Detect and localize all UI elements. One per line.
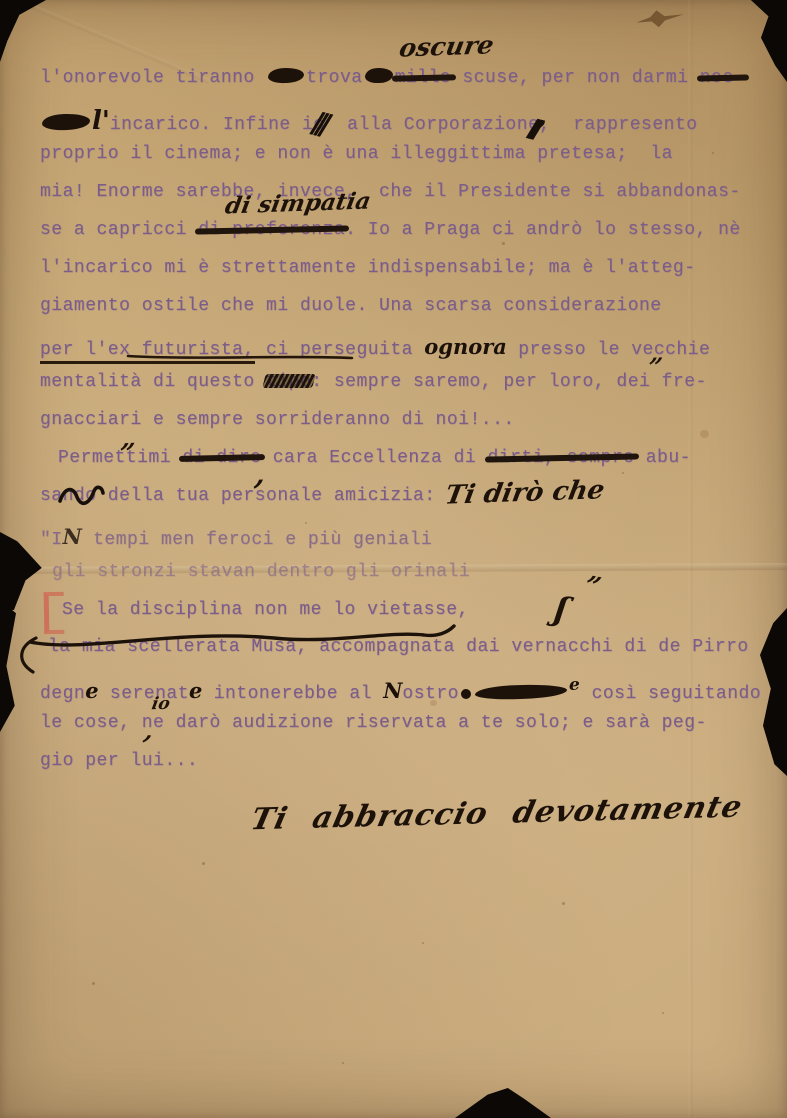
paper-speck [622, 472, 624, 474]
typed-segment: l'incarico mi è strettamente indispensab… [40, 258, 696, 278]
typed-segment: così seguitando [580, 684, 761, 704]
foxing-spot [700, 430, 709, 438]
typed-segment: gnacciari e sempre sorrideranno di noi!.… [40, 410, 515, 430]
typed-line: le cose, ne darò audizione riservata a t… [40, 713, 707, 733]
handwritten-correction: l' [92, 106, 110, 136]
typed-line: mentalità di questo tipo: sempre saremo,… [40, 372, 707, 392]
handwritten-correction: e [85, 678, 98, 703]
typed-line: Permettimi di dire cara Eccellenza di di… [58, 448, 691, 468]
typed-segment: scuse, per non darmi [451, 68, 700, 88]
typed-segment: tempi men feroci e più geniali [82, 530, 432, 550]
ink-blot [364, 68, 393, 84]
paper-speck [562, 902, 565, 905]
typed-segment: l'onorevole tiranno [40, 68, 266, 88]
struck-word: nes- [700, 68, 745, 88]
handwritten-correction: N [63, 524, 82, 549]
typed-segment: giamento ostile che mi duole. Una scarsa… [40, 296, 662, 316]
typed-segment: gli stronzi stavan dentro gli orinali [52, 562, 470, 582]
scribbled-out-word [475, 683, 567, 700]
paper-speck [342, 1062, 344, 1064]
typed-line: gnacciari e sempre sorrideranno di noi!.… [40, 410, 515, 430]
handwritten-correction: N [383, 678, 402, 703]
handwritten-superscript: e [569, 675, 580, 695]
typed-segment: se a capricci [40, 220, 198, 240]
typed-line: giamento ostile che mi duole. Una scarsa… [40, 296, 662, 316]
typed-segment: ostro [402, 684, 459, 704]
handwritten-insertion-ti-diro-che: Ti dirò che [443, 475, 607, 510]
typed-segment: degn [40, 684, 85, 704]
typed-segment: abu- [634, 448, 691, 468]
ink-blot [42, 113, 91, 131]
typed-line: mia! Enorme sarebbe, invece, che il Pres… [40, 182, 741, 202]
paper-speck [202, 862, 205, 865]
typed-segment: intonerebbe al [202, 684, 383, 704]
typed-segment: "I [40, 530, 63, 550]
typed-segment: proprio il cinema; e non è una illeggitt… [40, 144, 673, 164]
typed-line: degne serenate intonerebbe al Nostroe co… [40, 675, 761, 704]
paper-speck [92, 982, 95, 985]
ink-dot [461, 689, 471, 699]
typed-segment: cara Eccellenza di [261, 448, 487, 468]
ink-blot [268, 67, 305, 83]
typed-line: l'incarico. Infine io alla Corporazione,… [40, 106, 698, 136]
paper-speck [502, 242, 505, 245]
typed-segment: serenat [99, 684, 189, 704]
handwritten-correction: e [189, 678, 202, 703]
typed-line: l'incarico mi è strettamente indispensab… [40, 258, 696, 278]
paper-speck [712, 152, 714, 154]
paper-speck [422, 942, 424, 944]
struck-word: mille [395, 68, 452, 88]
struck-phrase: di preferenza [198, 220, 345, 240]
typed-segment: gio per lui... [40, 751, 198, 771]
handwritten-open-paren [12, 634, 40, 676]
typed-segment: le cose, ne darò audizione riservata a t… [40, 713, 707, 733]
paper-sheet [0, 0, 787, 1118]
typed-line: l'onorevole tiranno trovamille scuse, pe… [40, 68, 745, 88]
typed-line: se a capricci di preferenza. Io a Praga … [40, 220, 741, 240]
scribbled-word: tipo [266, 372, 311, 392]
typed-segment: trova [306, 68, 363, 88]
struck-phrase: di dire [182, 448, 261, 468]
handwritten-correction: ognora [424, 334, 507, 359]
handwritten-overwrite-scribble [56, 482, 106, 510]
typed-segment: mia! Enorme sarebbe, invece, che il Pres… [40, 182, 741, 202]
typed-line: proprio il cinema; e non è una illeggitt… [40, 144, 673, 164]
typed-line: gio per lui... [40, 751, 198, 771]
handwritten-insertion-io: io [150, 694, 171, 715]
handwritten-underline [126, 352, 354, 362]
handwritten-insertion-di-simpatia: di simpatia [223, 187, 373, 219]
typed-segment: incarico. Infine io alla Corporazione, r… [110, 115, 698, 135]
handwritten-insertion-oscure: oscure [397, 30, 496, 62]
typed-segment: presso le vecchie [507, 340, 710, 360]
typed-line: gli stronzi stavan dentro gli orinali [52, 562, 470, 582]
typed-segment: mentalità di questo [40, 372, 266, 392]
handwritten-underline-flourish [24, 616, 474, 658]
struck-phrase: dirti, sempre [488, 448, 635, 468]
typed-line: "IN tempi men feroci e più geniali [40, 524, 432, 550]
typed-segment: . Io a Praga ci andrò lo stesso, nè [345, 220, 741, 240]
paper-speck [662, 1012, 664, 1014]
scanned-letter-page: { "colors": { "paper": "#c9aa7b", "backg… [0, 0, 787, 1118]
